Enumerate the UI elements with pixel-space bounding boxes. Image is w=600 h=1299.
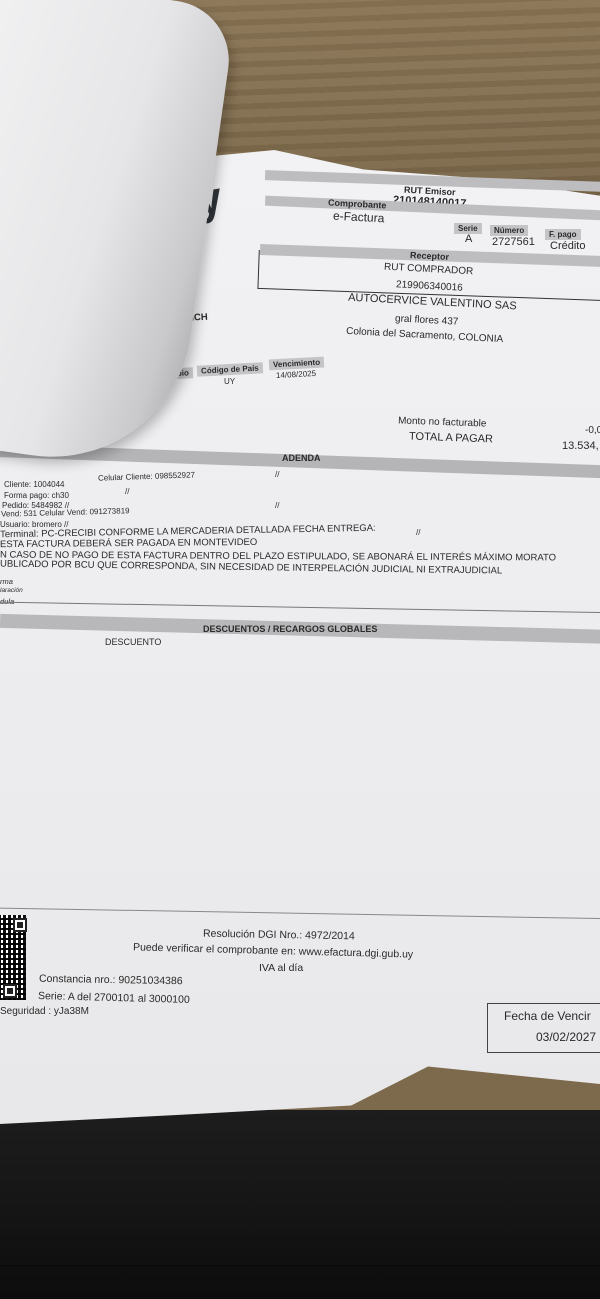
monto-no-facturable-value: -0,0 bbox=[585, 425, 600, 436]
qr-eye-icon bbox=[3, 984, 17, 998]
qr-eye-icon bbox=[13, 918, 27, 932]
seguridad-code: Seguridad : yJa38M bbox=[0, 1006, 89, 1017]
fpago-value: Crédito bbox=[550, 240, 585, 252]
adenda-slash-4: // bbox=[416, 528, 420, 537]
descuentos-title: DESCUENTOS / RECARGOS GLOBALES bbox=[203, 624, 377, 634]
adenda-cliente: Cliente: 1004044 bbox=[4, 480, 65, 489]
adenda-firma: rma bbox=[0, 577, 13, 586]
adenda-aclaracion: laración bbox=[0, 587, 23, 594]
floor-edge bbox=[0, 1265, 600, 1267]
dark-floor-background bbox=[0, 1110, 600, 1299]
comprobante-value: e-Factura bbox=[333, 209, 385, 226]
adenda-slash-1: // bbox=[275, 470, 279, 479]
fecha-vencimiento-label: Fecha de Vencir bbox=[504, 1009, 591, 1023]
adenda-slash-2: // bbox=[125, 487, 129, 496]
adenda-title: ADENDA bbox=[282, 453, 321, 463]
total-value: 13.534, bbox=[562, 440, 599, 452]
serie-value: A bbox=[465, 233, 472, 245]
fpago-label: F. pago bbox=[545, 229, 581, 240]
adenda-line-1: ESTA FACTURA DEBERÁ SER PAGADA EN MONTEV… bbox=[0, 537, 257, 550]
adenda-forma-pago: Forma pago: ch30 bbox=[4, 491, 69, 500]
iva-al-dia: IVA al día bbox=[259, 962, 303, 974]
adenda-slash-3: // bbox=[275, 501, 279, 510]
constancia-nro: Constancia nro.: 90251034386 bbox=[39, 973, 183, 988]
fecha-vencimiento-value: 03/02/2027 bbox=[536, 1030, 596, 1044]
descuento-item: DESCUENTO bbox=[105, 637, 161, 647]
numero-value: 2727561 bbox=[492, 236, 535, 248]
codigo-pais-value: UY bbox=[224, 377, 235, 386]
numero-label: Número bbox=[490, 225, 528, 236]
